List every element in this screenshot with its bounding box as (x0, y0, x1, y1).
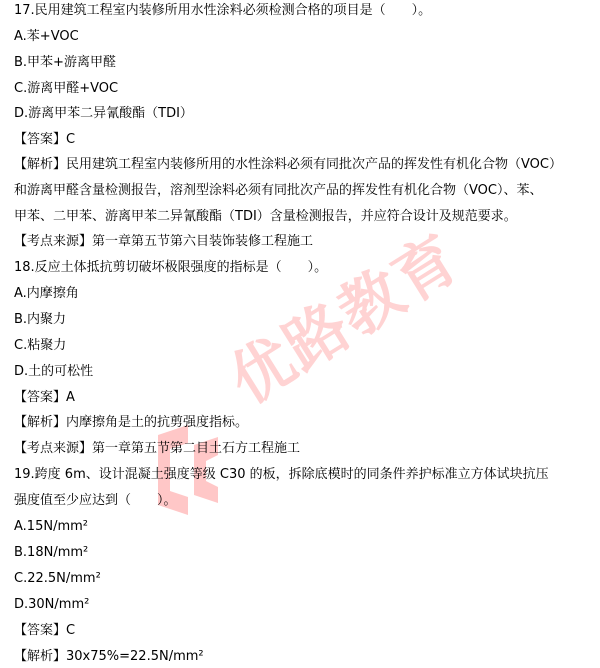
question-17-answer: 【答案】C (14, 132, 75, 148)
question-17-analysis-line-1: 【解析】民用建筑工程室内装修所用的水性涂料必须有同批次产品的挥发性有机化合物（V… (14, 157, 562, 173)
question-18-analysis: 【解析】内摩擦角是土的抗剪强度指标。 (14, 415, 248, 431)
question-17-option-c: C.游离甲醛+VOC (14, 81, 118, 97)
question-17-option-a: A.苯+VOC (14, 29, 79, 45)
question-17-analysis-line-2: 和游离甲醛含量检测报告，溶剂型涂料必须有同批次产品的挥发性有机化合物（VOC）、… (14, 183, 542, 199)
question-18-stem: 18.反应土体抵抗剪切破坏极限强度的指标是（ ）。 (14, 260, 327, 276)
question-17-option-b: B.甲苯+游离甲醛 (14, 55, 116, 71)
question-17-option-d: D.游离甲苯二异氰酸酯（TDI） (14, 106, 193, 122)
question-18-option-a: A.内摩擦角 (14, 286, 79, 302)
question-19-option-b: B.18N/mm² (14, 545, 88, 561)
question-19-analysis: 【解析】30x75%=22.5N/mm² (14, 649, 204, 665)
question-19-answer: 【答案】C (14, 623, 75, 639)
question-19-stem-line-2: 强度值至少应达到（ ）。 (14, 493, 177, 509)
question-17-stem: 17.民用建筑工程室内装修所用水性涂料必须检测合格的项目是（ ）。 (14, 3, 431, 19)
question-17-source: 【考点来源】第一章第五节第六目装饰装修工程施工 (14, 234, 313, 250)
question-17-analysis-line-3: 甲苯、二甲苯、游离甲苯二异氰酸酯（TDI）含量检测报告，并应符合设计及规范要求。 (14, 209, 517, 225)
question-19-stem-line-1: 19.跨度 6m、设计混凝土强度等级 C30 的板，拆除底模时的同条件养护标准立… (14, 467, 549, 483)
question-18-source: 【考点来源】第一章第五节第二目土石方工程施工 (14, 441, 300, 457)
question-19-option-c: C.22.5N/mm² (14, 571, 101, 587)
question-18-option-b: B.内聚力 (14, 312, 66, 328)
question-18-option-d: D.土的可松性 (14, 364, 93, 380)
question-19-option-a: A.15N/mm² (14, 519, 88, 535)
question-18-option-c: C.粘聚力 (14, 338, 66, 354)
question-19-option-d: D.30N/mm² (14, 597, 89, 613)
watermark: 优路教育 (150, 275, 490, 535)
question-18-answer: 【答案】A (14, 390, 75, 406)
